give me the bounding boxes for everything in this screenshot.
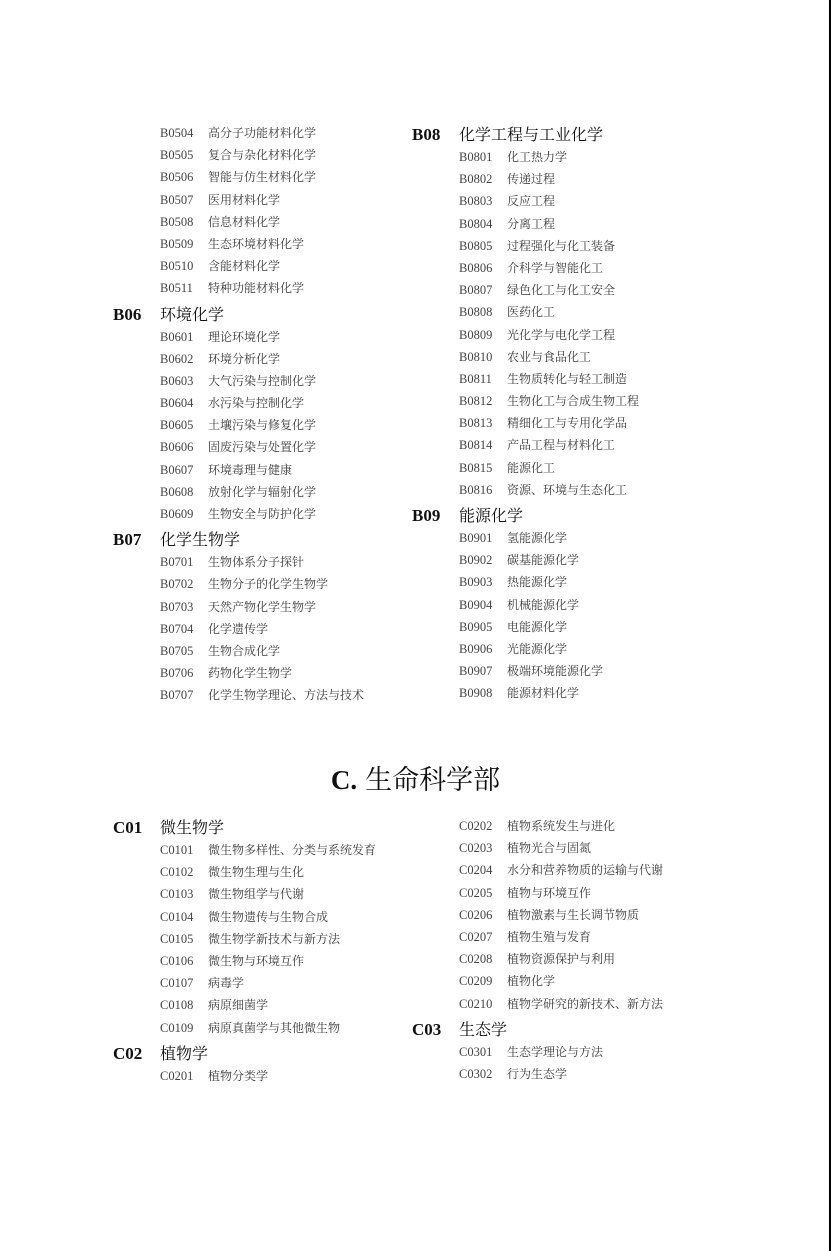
item-label: 化学生物学理论、方法与技术 (208, 686, 364, 703)
item-code: C0107 (160, 976, 208, 991)
list-item: B0805过程强化与化工装备 (412, 237, 712, 259)
item-label: 含能材料化学 (208, 257, 280, 274)
list-item: C0106微生物与环境互作 (113, 952, 403, 974)
item-code: B0505 (160, 148, 208, 163)
group-code: B08 (412, 125, 459, 145)
item-code: B0705 (160, 644, 208, 659)
item-code: B0606 (160, 440, 208, 455)
item-code: B0806 (459, 261, 507, 276)
item-label: 资源、环境与生态化工 (507, 481, 627, 498)
item-code: B0804 (459, 217, 507, 232)
item-label: 生物合成化学 (208, 642, 280, 659)
item-code: C0205 (459, 886, 507, 901)
item-code: B0901 (459, 531, 507, 546)
list-item: C0104微生物遗传与生物合成 (113, 908, 403, 930)
item-code: B0601 (160, 330, 208, 345)
item-code: B0904 (459, 598, 507, 613)
c02-continued-list: C0202植物系统发生与进化C0203植物光合与固氮C0204水分和营养物质的运… (412, 817, 712, 1017)
item-label: 智能与仿生材料化学 (208, 168, 316, 185)
item-code: C0201 (160, 1069, 208, 1084)
item-code: B0605 (160, 418, 208, 433)
item-code: B0802 (459, 172, 507, 187)
list-item: B0809光化学与电化学工程 (412, 326, 712, 348)
group-code: C01 (113, 818, 160, 838)
list-item: C0107病毒学 (113, 974, 403, 996)
list-item: C0206植物激素与生长调节物质 (412, 906, 712, 928)
item-code: C0109 (160, 1021, 208, 1036)
item-label: 微生物与环境互作 (208, 952, 304, 969)
section-letter: C. (331, 765, 357, 795)
list-item: C0202植物系统发生与进化 (412, 817, 712, 839)
item-label: 植物系统发生与进化 (507, 817, 615, 834)
item-label: 环境分析化学 (208, 350, 280, 367)
item-label: 热能源化学 (507, 573, 567, 590)
group-b07: B07化学生物学B0701生物体系分子探针B0702生物分子的化学生物学B070… (113, 527, 403, 708)
group-code: B07 (113, 530, 160, 550)
item-code: C0202 (459, 819, 507, 834)
item-code: B0807 (459, 283, 507, 298)
list-item: C0204水分和营养物质的运输与代谢 (412, 861, 712, 883)
item-code: B0808 (459, 305, 507, 320)
list-item: B0806介科学与智能化工 (412, 259, 712, 281)
list-item: C0102微生物生理与生化 (113, 863, 403, 885)
list-item: B0505复合与杂化材料化学 (113, 146, 403, 168)
item-label: 产品工程与材料化工 (507, 436, 615, 453)
item-code: B0801 (459, 150, 507, 165)
list-item: B0907极端环境能源化学 (412, 662, 712, 684)
item-code: C0301 (459, 1045, 507, 1060)
item-code: C0203 (459, 841, 507, 856)
list-item: B0607环境毒理与健康 (113, 461, 403, 483)
item-code: C0208 (459, 952, 507, 967)
item-label: 生态环境材料化学 (208, 235, 304, 252)
item-code: B0805 (459, 239, 507, 254)
group-heading: B09能源化学 (412, 503, 712, 529)
item-label: 植物与环境互作 (507, 884, 591, 901)
group-code: B09 (412, 506, 459, 526)
item-code: C0302 (459, 1067, 507, 1082)
item-label: 植物生殖与发育 (507, 928, 591, 945)
list-item: C0210植物学研究的新技术、新方法 (412, 995, 712, 1017)
group-b06: B06环境化学B0601理论环境化学B0602环境分析化学B0603大气污染与控… (113, 302, 403, 528)
item-code: B0704 (160, 622, 208, 637)
list-item: B0608放射化学与辐射化学 (113, 483, 403, 505)
item-label: 植物学研究的新技术、新方法 (507, 995, 663, 1012)
item-label: 生态学理论与方法 (507, 1043, 603, 1060)
list-item: B0506智能与仿生材料化学 (113, 168, 403, 190)
item-code: B0812 (459, 394, 507, 409)
item-code: B0813 (459, 416, 507, 431)
item-label: 生物安全与防护化学 (208, 505, 316, 522)
list-item: B0504高分子功能材料化学 (113, 124, 403, 146)
item-label: 生物质转化与轻工制造 (507, 370, 627, 387)
item-code: B0706 (160, 666, 208, 681)
list-item: B0813精细化工与专用化学品 (412, 414, 712, 436)
item-label: 环境毒理与健康 (208, 461, 292, 478)
list-item: B0814产品工程与材料化工 (412, 436, 712, 458)
list-item: C0108病原细菌学 (113, 996, 403, 1018)
item-label: 天然产物化学生物学 (208, 598, 316, 615)
list-item: B0904机械能源化学 (412, 596, 712, 618)
item-label: 植物资源保护与利用 (507, 950, 615, 967)
item-code: B0803 (459, 194, 507, 209)
list-item: C0201植物分类学 (113, 1067, 403, 1089)
group-c01: C01微生物学C0101微生物多样性、分类与系统发育C0102微生物生理与生化C… (113, 815, 403, 1041)
item-code: B0511 (160, 281, 208, 296)
list-item: B0509生态环境材料化学 (113, 235, 403, 257)
item-code: C0103 (160, 887, 208, 902)
item-code: C0106 (160, 954, 208, 969)
item-label: 医用材料化学 (208, 191, 280, 208)
group-heading: B06环境化学 (113, 302, 403, 328)
list-item: C0209植物化学 (412, 972, 712, 994)
section-title-c: C.生命科学部 (0, 758, 831, 797)
item-label: 光能源化学 (507, 640, 567, 657)
list-item: C0208植物资源保护与利用 (412, 950, 712, 972)
item-label: 碳基能源化学 (507, 551, 579, 568)
item-code: B0602 (160, 352, 208, 367)
item-label: 医药化工 (507, 303, 555, 320)
group-heading: C01微生物学 (113, 815, 403, 841)
group-code: C02 (113, 1044, 160, 1064)
list-item: C0203植物光合与固氮 (412, 839, 712, 861)
group-heading: C03生态学 (412, 1017, 712, 1043)
group-b09: B09能源化学B0901氢能源化学B0902碳基能源化学B0903热能源化学B0… (412, 503, 712, 707)
item-code: C0207 (459, 930, 507, 945)
item-label: 绿色化工与化工安全 (507, 281, 615, 298)
item-code: B0814 (459, 438, 507, 453)
list-item: B0908能源材料化学 (412, 684, 712, 706)
list-item: B0807绿色化工与化工安全 (412, 281, 712, 303)
item-code: B0507 (160, 193, 208, 208)
item-code: C0101 (160, 843, 208, 858)
item-code: C0108 (160, 998, 208, 1013)
item-label: 复合与杂化材料化学 (208, 146, 316, 163)
item-label: 精细化工与专用化学品 (507, 414, 627, 431)
list-item: B0606固废污染与处置化学 (113, 438, 403, 460)
group-c03: C03生态学C0301生态学理论与方法C0302行为生态学 (412, 1017, 712, 1087)
b-right-column: B08化学工程与工业化学B0801化工热力学B0802传递过程B0803反应工程… (412, 122, 712, 707)
item-label: 能源材料化学 (507, 684, 579, 701)
b05-continued-list: B0504高分子功能材料化学B0505复合与杂化材料化学B0506智能与仿生材料… (113, 124, 403, 302)
item-code: B0604 (160, 396, 208, 411)
item-label: 化工热力学 (507, 148, 567, 165)
item-label: 固废污染与处置化学 (208, 438, 316, 455)
list-item: B0816资源、环境与生态化工 (412, 481, 712, 503)
item-label: 水污染与控制化学 (208, 394, 304, 411)
group-title: 能源化学 (459, 503, 523, 526)
item-label: 水分和营养物质的运输与代谢 (507, 861, 663, 878)
item-label: 能源化工 (507, 459, 555, 476)
item-code: B0707 (160, 688, 208, 703)
item-code: B0809 (459, 328, 507, 343)
item-label: 行为生态学 (507, 1065, 567, 1082)
item-code: B0702 (160, 577, 208, 592)
list-item: B0902碳基能源化学 (412, 551, 712, 573)
item-code: B0907 (459, 664, 507, 679)
list-item: B0510含能材料化学 (113, 257, 403, 279)
item-code: B0810 (459, 350, 507, 365)
item-code: C0210 (459, 997, 507, 1012)
item-code: B0701 (160, 555, 208, 570)
item-code: B0908 (459, 686, 507, 701)
item-label: 过程强化与化工装备 (507, 237, 615, 254)
group-c02: C02植物学C0201植物分类学 (113, 1041, 403, 1089)
c-right-column: C0202植物系统发生与进化C0203植物光合与固氮C0204水分和营养物质的运… (412, 817, 712, 1087)
list-item: B0812生物化工与合成生物工程 (412, 392, 712, 414)
item-code: B0508 (160, 215, 208, 230)
item-code: B0905 (459, 620, 507, 635)
item-code: B0815 (459, 461, 507, 476)
list-item: B0801化工热力学 (412, 148, 712, 170)
item-code: B0816 (459, 483, 507, 498)
list-item: C0101微生物多样性、分类与系统发育 (113, 841, 403, 863)
item-code: B0509 (160, 237, 208, 252)
group-heading: C02植物学 (113, 1041, 403, 1067)
group-code: C03 (412, 1020, 459, 1040)
list-item: B0808医药化工 (412, 303, 712, 325)
list-item: B0705生物合成化学 (113, 642, 403, 664)
group-heading: B07化学生物学 (113, 527, 403, 553)
item-label: 分离工程 (507, 215, 555, 232)
item-label: 特种功能材料化学 (208, 279, 304, 296)
item-code: C0206 (459, 908, 507, 923)
c-left-column: C01微生物学C0101微生物多样性、分类与系统发育C0102微生物生理与生化C… (113, 815, 403, 1089)
item-code: B0906 (459, 642, 507, 657)
list-item: B0603大气污染与控制化学 (113, 372, 403, 394)
list-item: B0605土壤污染与修复化学 (113, 416, 403, 438)
list-item: B0604水污染与控制化学 (113, 394, 403, 416)
list-item: B0802传递过程 (412, 170, 712, 192)
group-title: 环境化学 (160, 302, 224, 325)
item-label: 植物激素与生长调节物质 (507, 906, 639, 923)
item-label: 理论环境化学 (208, 328, 280, 345)
item-label: 机械能源化学 (507, 596, 579, 613)
item-label: 生物分子的化学生物学 (208, 575, 328, 592)
item-label: 植物光合与固氮 (507, 839, 591, 856)
group-title: 生态学 (459, 1017, 507, 1040)
item-code: B0811 (459, 372, 507, 387)
list-item: B0609生物安全与防护化学 (113, 505, 403, 527)
item-code: C0204 (459, 863, 507, 878)
group-title: 化学工程与工业化学 (459, 122, 603, 145)
item-label: 化学遗传学 (208, 620, 268, 637)
item-label: 介科学与智能化工 (507, 259, 603, 276)
item-code: B0510 (160, 259, 208, 274)
item-code: B0608 (160, 485, 208, 500)
section-name: 生命科学部 (365, 765, 500, 796)
list-item: B0703天然产物化学生物学 (113, 598, 403, 620)
list-item: C0105微生物学新技术与新方法 (113, 930, 403, 952)
item-label: 高分子功能材料化学 (208, 124, 316, 141)
group-code: B06 (113, 305, 160, 325)
list-item: B0602环境分析化学 (113, 350, 403, 372)
list-item: B0810农业与食品化工 (412, 348, 712, 370)
list-item: C0109病原真菌学与其他微生物 (113, 1019, 403, 1041)
item-label: 病毒学 (208, 974, 244, 991)
item-label: 病原细菌学 (208, 996, 268, 1013)
item-label: 植物化学 (507, 972, 555, 989)
item-label: 微生物生理与生化 (208, 863, 304, 880)
item-label: 大气污染与控制化学 (208, 372, 316, 389)
list-item: B0811生物质转化与轻工制造 (412, 370, 712, 392)
item-label: 药物化学生物学 (208, 664, 292, 681)
item-code: C0209 (459, 974, 507, 989)
group-title: 微生物学 (160, 815, 224, 838)
item-label: 病原真菌学与其他微生物 (208, 1019, 340, 1036)
list-item: B0601理论环境化学 (113, 328, 403, 350)
list-item: B0906光能源化学 (412, 640, 712, 662)
item-label: 生物化工与合成生物工程 (507, 392, 639, 409)
list-item: B0508信息材料化学 (113, 213, 403, 235)
group-b08: B08化学工程与工业化学B0801化工热力学B0802传递过程B0803反应工程… (412, 122, 712, 503)
list-item: B0511特种功能材料化学 (113, 279, 403, 301)
item-code: B0703 (160, 600, 208, 615)
item-code: B0607 (160, 463, 208, 478)
b-left-column: B0504高分子功能材料化学B0505复合与杂化材料化学B0506智能与仿生材料… (113, 124, 403, 709)
item-label: 植物分类学 (208, 1067, 268, 1084)
list-item: B0815能源化工 (412, 459, 712, 481)
item-label: 微生物遗传与生物合成 (208, 908, 328, 925)
group-heading: B08化学工程与工业化学 (412, 122, 712, 148)
item-label: 电能源化学 (507, 618, 567, 635)
list-item: C0205植物与环境互作 (412, 884, 712, 906)
item-code: B0609 (160, 507, 208, 522)
item-label: 生物体系分子探针 (208, 553, 304, 570)
list-item: B0901氢能源化学 (412, 529, 712, 551)
list-item: B0905电能源化学 (412, 618, 712, 640)
list-item: C0207植物生殖与发育 (412, 928, 712, 950)
list-item: C0302行为生态学 (412, 1065, 712, 1087)
item-label: 微生物组学与代谢 (208, 885, 304, 902)
list-item: C0301生态学理论与方法 (412, 1043, 712, 1065)
item-code: B0902 (459, 553, 507, 568)
list-item: B0706药物化学生物学 (113, 664, 403, 686)
item-label: 光化学与电化学工程 (507, 326, 615, 343)
item-label: 信息材料化学 (208, 213, 280, 230)
item-label: 放射化学与辐射化学 (208, 483, 316, 500)
item-code: C0105 (160, 932, 208, 947)
item-code: B0504 (160, 126, 208, 141)
item-code: B0603 (160, 374, 208, 389)
list-item: B0701生物体系分子探针 (113, 553, 403, 575)
list-item: B0903热能源化学 (412, 573, 712, 595)
item-code: B0903 (459, 575, 507, 590)
item-label: 微生物学新技术与新方法 (208, 930, 340, 947)
item-code: B0506 (160, 170, 208, 185)
list-item: B0804分离工程 (412, 215, 712, 237)
item-label: 土壤污染与修复化学 (208, 416, 316, 433)
list-item: B0702生物分子的化学生物学 (113, 575, 403, 597)
item-label: 极端环境能源化学 (507, 662, 603, 679)
group-title: 植物学 (160, 1041, 208, 1064)
list-item: C0103微生物组学与代谢 (113, 885, 403, 907)
item-label: 反应工程 (507, 192, 555, 209)
item-code: C0104 (160, 910, 208, 925)
group-title: 化学生物学 (160, 527, 240, 550)
list-item: B0707化学生物学理论、方法与技术 (113, 686, 403, 708)
item-code: C0102 (160, 865, 208, 880)
list-item: B0507医用材料化学 (113, 191, 403, 213)
list-item: B0704化学遗传学 (113, 620, 403, 642)
list-item: B0803反应工程 (412, 192, 712, 214)
item-label: 氢能源化学 (507, 529, 567, 546)
item-label: 农业与食品化工 (507, 348, 591, 365)
item-label: 微生物多样性、分类与系统发育 (208, 841, 376, 858)
item-label: 传递过程 (507, 170, 555, 187)
